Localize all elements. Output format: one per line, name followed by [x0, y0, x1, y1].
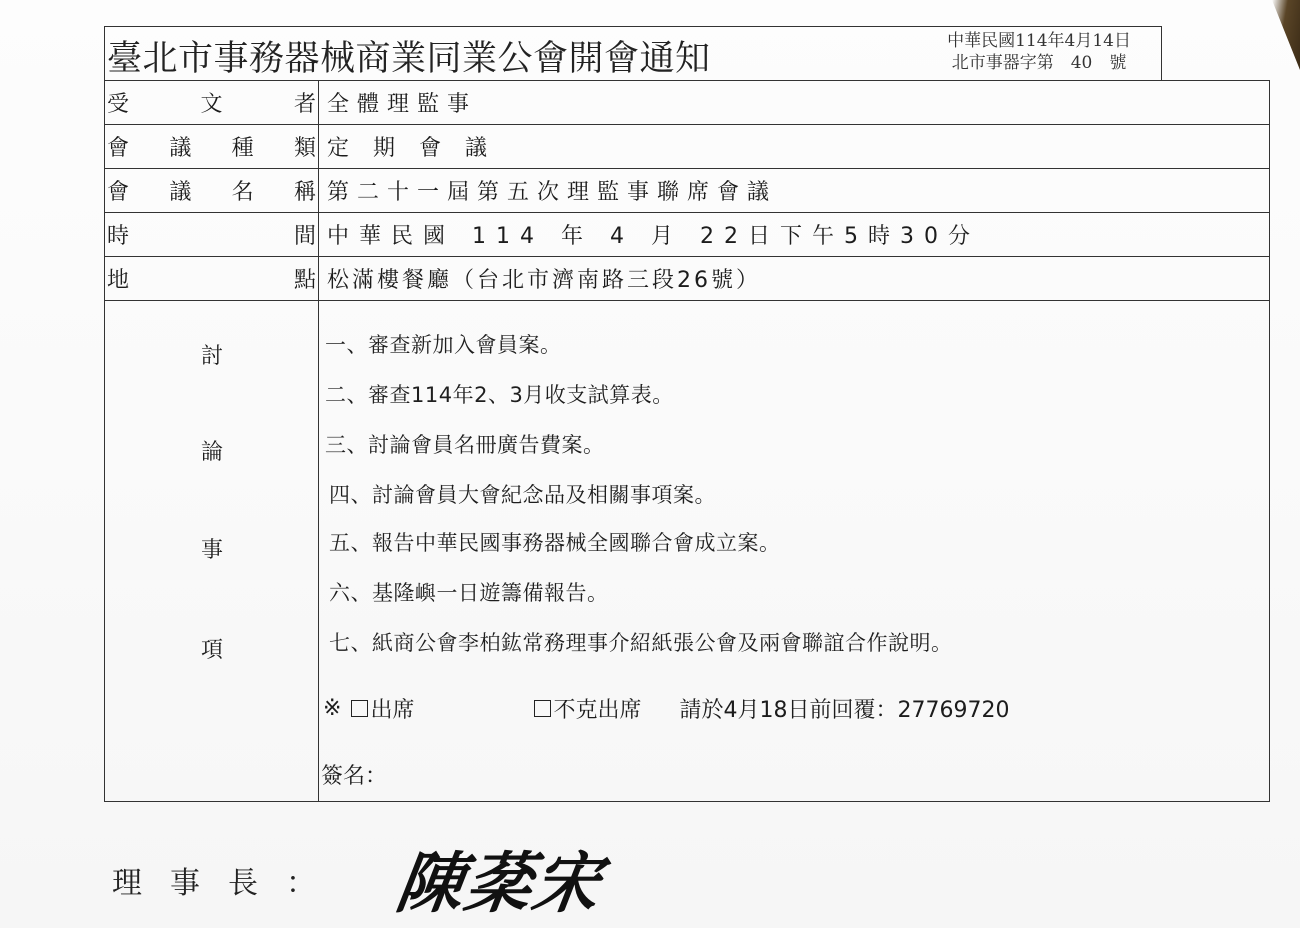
label-meeting-name: 會 議 名 稱: [105, 169, 319, 212]
agenda-body: 一、審查新加入會員案。 二、審查114年2、3月收支試算表。 三、討論會員名冊廣…: [319, 301, 1269, 801]
row-agenda: 討 論 事 項 一、審查新加入會員案。 二、審查114年2、3月收支試算表。 三…: [105, 301, 1269, 801]
agenda-item: 七、紙商公會李柏鈜常務理事介紹紙張公會及兩會聯誼合作說明。: [329, 627, 953, 657]
row-meeting-type: 會 議 種 類 定期會議: [105, 125, 1269, 169]
label-meeting-type: 會 議 種 類: [105, 125, 319, 168]
agenda-item: 一、審查新加入會員案。: [325, 329, 562, 359]
agenda-item: 三、討論會員名冊廣告費案。: [325, 429, 605, 459]
row-time: 時 間 中華民國 114 年 4 月 22日下午5時30分: [105, 213, 1269, 257]
label-time: 時 間: [105, 213, 319, 256]
value-meeting-name: 第二十一屆第五次理監事聯席會議: [319, 169, 1269, 212]
value-meeting-type: 定期會議: [319, 125, 1269, 168]
agenda-item: 六、基隆嶼一日遊籌備報告。: [329, 577, 609, 607]
attend-checkbox[interactable]: [351, 700, 368, 717]
document-title: 臺北市事務器械商業同業公會開會通知: [107, 31, 711, 81]
absent-checkbox[interactable]: [534, 700, 551, 717]
row-meeting-name: 會 議 名 稱 第二十一屆第五次理監事聯席會議: [105, 169, 1269, 213]
reply-note: 請於4月18日前回覆：27769720: [679, 693, 1009, 724]
label-recipient: 受 文 者: [105, 81, 319, 124]
signature-field-label: 簽名：: [321, 759, 387, 790]
agenda-item: 五、報告中華民國事務器械全國聯合會成立案。: [329, 527, 781, 557]
value-location: 松滿樓餐廳（台北市濟南路三段26號）: [319, 257, 1269, 300]
agenda-item: 四、討論會員大會紀念品及相關事項案。: [329, 479, 716, 509]
value-recipient: 全體理監事: [319, 81, 1269, 124]
reference-mark: ※: [323, 696, 341, 721]
value-time: 中華民國 114 年 4 月 22日下午5時30分: [319, 213, 1269, 256]
chairman-label: 理事長：: [112, 858, 344, 902]
meeting-notice-document: 臺北市事務器械商業同業公會開會通知 中華民國114年4月14日 北市事器字第 4…: [104, 26, 1270, 798]
document-meta: 中華民國114年4月14日 北市事器字第 40 號: [947, 30, 1131, 74]
agenda-item: 二、審查114年2、3月收支試算表。: [325, 379, 674, 409]
title-row: 臺北市事務器械商業同業公會開會通知 中華民國114年4月14日 北市事器字第 4…: [104, 26, 1162, 80]
document-number: 北市事器字第 40 號: [947, 52, 1131, 74]
attend-label: 出席: [370, 693, 414, 724]
rsvp-line: ※ 出席 不克出席 請於4月18日前回覆：27769720: [323, 693, 1009, 724]
absent-label: 不克出席: [553, 693, 641, 724]
notice-table: 受 文 者 全體理監事 會 議 種 類 定期會議 會 議 名 稱 第二十一屆第五…: [104, 80, 1270, 802]
issue-date: 中華民國114年4月14日: [947, 30, 1131, 52]
row-location: 地 點 松滿樓餐廳（台北市濟南路三段26號）: [105, 257, 1269, 301]
row-recipient: 受 文 者 全體理監事: [105, 81, 1269, 125]
paper-corner-shadow: [1272, 0, 1300, 70]
chairman-signature: 陳棻宋: [391, 830, 608, 925]
label-agenda: 討 論 事 項: [105, 301, 319, 801]
label-location: 地 點: [105, 257, 319, 300]
